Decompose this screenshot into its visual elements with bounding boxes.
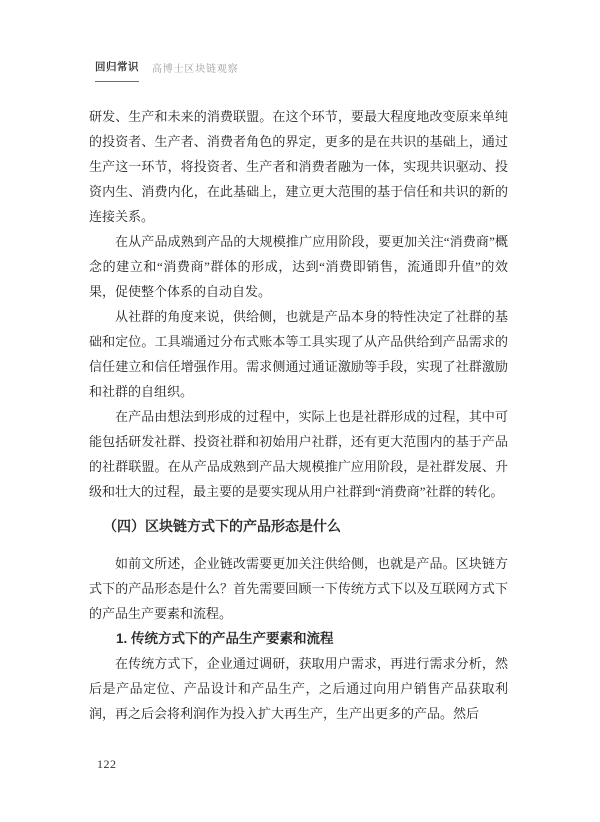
column-title: 回归常识 [95, 59, 139, 82]
series-title: 高博士区块链观察 [152, 59, 238, 75]
paragraph-2: 在从产品成熟到产品的大规模推广应用阶段，要更加关注“消费商”概念的建立和“消费商… [89, 229, 508, 304]
section-heading: （四）区块链方式下的产品形态是什么 [89, 514, 508, 539]
paragraph-5: 如前文所述，企业链改需要更加关注供给侧，也就是产品。区块链方式下的产品形态是什么… [89, 551, 508, 626]
page-number: 122 [97, 757, 117, 772]
book-page: 回归常识 高博士区块链观察 研发、生产和未来的消费联盟。在这个环节，要最大程度地… [0, 0, 600, 822]
subsection-heading: 1. 传统方式下的产品生产要素和流程 [89, 626, 508, 651]
body-text: 研发、生产和未来的消费联盟。在这个环节，要最大程度地改变原来单纯的投资者、生产者… [89, 104, 508, 726]
page-header: 回归常识 高博士区块链观察 [95, 59, 238, 82]
paragraph-3: 从社群的角度来说，供给侧，也就是产品本身的特性决定了社群的基础和定位。工具端通过… [89, 304, 508, 404]
paragraph-4: 在产品由想法到形成的过程中，实际上也是社群形成的过程，其中可能包括研发社群、投资… [89, 404, 508, 504]
paragraph-1: 研发、生产和未来的消费联盟。在这个环节，要最大程度地改变原来单纯的投资者、生产者… [89, 104, 508, 229]
paragraph-6: 在传统方式下，企业通过调研，获取用户需求，再进行需求分析，然后是产品定位、产品设… [89, 651, 508, 726]
